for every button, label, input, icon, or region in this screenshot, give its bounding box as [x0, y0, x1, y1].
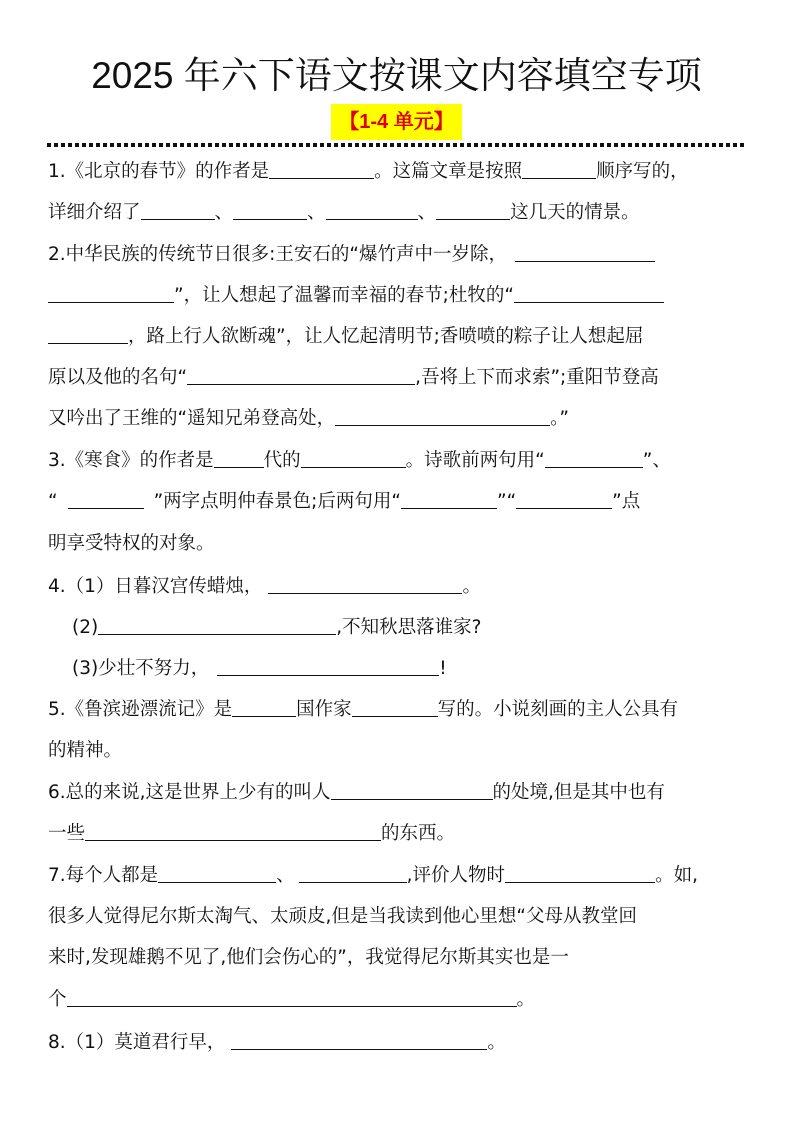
separator: 、 — [418, 202, 437, 223]
q5-blank-country[interactable] — [232, 696, 296, 717]
q3-text: “ — [48, 491, 58, 512]
q6-text: 的东西。 — [381, 823, 455, 844]
q6-text: 6.总的来说,这是世界上少有的叫人 — [48, 782, 331, 803]
q3-blank-word-3[interactable] — [401, 488, 497, 509]
page-title: 2025 年六下语文按课文内容填空专项 — [0, 50, 793, 102]
dotted-divider — [47, 143, 745, 147]
question-2-line-2: ”，让人想起了温馨而幸福的春节;杜牧的“ — [48, 281, 664, 311]
question-2-line-4: 原以及他的名句“,吾将上下而求索”;重阳节登高 — [48, 363, 659, 393]
question-4-line-2: (2),不知秋思落谁家? — [72, 613, 481, 643]
q5-text: 5.《鲁滨逊漂流记》是 — [48, 699, 232, 720]
q3-blank-word-1[interactable] — [545, 447, 643, 468]
q2-text: ”，让人想起了温馨而幸福的春节;杜牧的“ — [174, 285, 514, 306]
q3-text: ”两字点明仲春景色;后两句用“ — [154, 491, 401, 512]
question-7-line-4: 个。 — [48, 985, 535, 1015]
q1-blank-day-4[interactable] — [436, 199, 510, 220]
question-3-line-1: 3.《寒食》的作者是代的。诗歌前两句用“”、 — [48, 446, 671, 476]
q3-text: 。诗歌前两句用“ — [406, 450, 545, 471]
q2-text: ，路上行人欲断魂”，让人忆起清明节;香喷喷的粽子让人想起屈 — [128, 326, 643, 347]
question-2-line-5: 又吟出了王维的“遥知兄弟登高处，。” — [48, 404, 569, 434]
question-4-line-3: (3)少壮不努力，! — [72, 654, 447, 684]
question-2-line-3: ，路上行人欲断魂”，让人忆起清明节;香喷喷的粽子让人想起屈 — [48, 322, 643, 352]
q6-blank-2[interactable] — [85, 820, 381, 841]
q4-text: (3)少壮不努力， — [72, 658, 209, 679]
q1-text: 顺序写的， — [596, 161, 689, 182]
q7-blank-3[interactable] — [505, 862, 655, 883]
q2-blank-4[interactable] — [335, 405, 550, 426]
question-7-line-3: 来时,发现雄鹅不见了,他们会伤心的”，我觉得尼尔斯其实也是一 — [48, 943, 569, 973]
q4-text: ! — [439, 658, 446, 679]
q6-text: 的处境,但是其中也有 — [493, 782, 665, 803]
q5-blank-author[interactable] — [352, 696, 438, 717]
q1-text: 1.《北京的春节》的作者是 — [48, 161, 269, 182]
q8-text: 。 — [487, 1032, 506, 1053]
question-8-line-1: 8.（1）莫道君行早，。 — [48, 1028, 506, 1058]
q7-text: 来时,发现雄鹅不见了,他们会伤心的”，我觉得尼尔斯其实也是一 — [48, 947, 569, 968]
q4-text: 4.（1）日暮汉宫传蜡烛， — [48, 576, 262, 597]
q7-text: 很多人觉得尼尔斯太淘气、太顽皮,但是当我读到他心里想“父母从教堂回 — [48, 906, 637, 927]
q7-text: ,评价人物时 — [407, 865, 505, 886]
q1-blank-day-1[interactable] — [141, 199, 215, 220]
q3-blank-author[interactable] — [301, 447, 406, 468]
q1-blank-order[interactable] — [522, 158, 596, 179]
q7-blank-4[interactable] — [67, 986, 517, 1007]
question-4-line-1: 4.（1）日暮汉宫传蜡烛，。 — [48, 572, 481, 602]
subtitle-container: 【1-4 单元】 — [0, 104, 793, 140]
q4-text: 。 — [462, 576, 481, 597]
q3-blank-dynasty[interactable] — [214, 447, 264, 468]
question-6-line-2: 一些的东西。 — [48, 819, 455, 849]
q6-text: 一些 — [48, 823, 85, 844]
q6-blank-1[interactable] — [331, 779, 493, 800]
question-1-line-1: 1.《北京的春节》的作者是。这篇文章是按照顺序写的， — [48, 157, 689, 187]
q3-text: 明享受特权的对象。 — [48, 533, 215, 554]
q4-text: ,不知秋思落谁家? — [336, 617, 481, 638]
q7-blank-1[interactable] — [158, 862, 276, 883]
q1-blank-author[interactable] — [269, 158, 374, 179]
q1-text: 这几天的情景。 — [510, 202, 640, 223]
q4-blank-1[interactable] — [268, 573, 462, 594]
q5-text: 国作家 — [296, 699, 352, 720]
q2-text: 原以及他的名句“ — [48, 367, 187, 388]
q3-text: ”点 — [612, 491, 640, 512]
q7-text: 7.每个人都是 — [48, 865, 158, 886]
question-3-line-2: “”两字点明仲春景色;后两句用“”“”点 — [48, 487, 640, 517]
q7-blank-2[interactable] — [299, 862, 407, 883]
question-7-line-1: 7.每个人都是、,评价人物时。如, — [48, 861, 698, 891]
q5-text: 的精神。 — [48, 740, 122, 761]
q2-blank-1b[interactable] — [48, 282, 174, 303]
question-3-line-3: 明享受特权的对象。 — [48, 529, 215, 559]
q7-text: 。 — [517, 989, 536, 1010]
q7-text: 、 — [276, 865, 295, 886]
q2-text: 2.中华民族的传统节日很多:王安石的“爆竹声中一岁除， — [48, 244, 507, 265]
question-2-line-1: 2.中华民族的传统节日很多:王安石的“爆竹声中一岁除， — [48, 240, 655, 270]
q1-blank-day-3[interactable] — [326, 199, 418, 220]
q2-blank-2a[interactable] — [514, 282, 664, 303]
question-6-line-1: 6.总的来说,这是世界上少有的叫人的处境,但是其中也有 — [48, 778, 665, 808]
q3-text: ”、 — [643, 450, 671, 471]
q2-text: 又吟出了王维的“遥知兄弟登高处， — [48, 408, 335, 429]
q2-text: 。” — [550, 408, 569, 429]
q3-blank-word-4[interactable] — [516, 488, 612, 509]
q3-blank-word-2[interactable] — [68, 488, 144, 509]
q1-text: 详细介绍了 — [48, 202, 141, 223]
question-5-line-2: 的精神。 — [48, 736, 122, 766]
q2-blank-3[interactable] — [187, 364, 415, 385]
q2-blank-1a[interactable] — [515, 241, 655, 262]
q2-blank-2b[interactable] — [48, 323, 128, 344]
separator: 、 — [215, 202, 234, 223]
q4-blank-2[interactable] — [98, 614, 336, 635]
q3-text: 3.《寒食》的作者是 — [48, 450, 214, 471]
q8-text: 8.（1）莫道君行早， — [48, 1032, 225, 1053]
q4-text: (2) — [72, 617, 98, 638]
question-7-line-2: 很多人觉得尼尔斯太淘气、太顽皮,但是当我读到他心里想“父母从教堂回 — [48, 902, 637, 932]
unit-range-badge: 【1-4 单元】 — [331, 104, 461, 140]
q7-text: 。如, — [655, 865, 698, 886]
question-1-line-2: 详细介绍了、、、这几天的情景。 — [48, 198, 640, 228]
q4-blank-3[interactable] — [217, 655, 439, 676]
q8-blank-1[interactable] — [231, 1029, 487, 1050]
q2-text: ,吾将上下而求索”;重阳节登高 — [415, 367, 659, 388]
separator: 、 — [307, 202, 326, 223]
q3-text: 代的 — [264, 450, 301, 471]
q1-blank-day-2[interactable] — [233, 199, 307, 220]
q5-text: 写的。小说刻画的主人公具有 — [438, 699, 679, 720]
q7-text: 个 — [48, 989, 67, 1010]
question-5-line-1: 5.《鲁滨逊漂流记》是国作家写的。小说刻画的主人公具有 — [48, 695, 678, 725]
q3-text: ”“ — [497, 491, 516, 512]
q1-text: 。这篇文章是按照 — [374, 161, 522, 182]
